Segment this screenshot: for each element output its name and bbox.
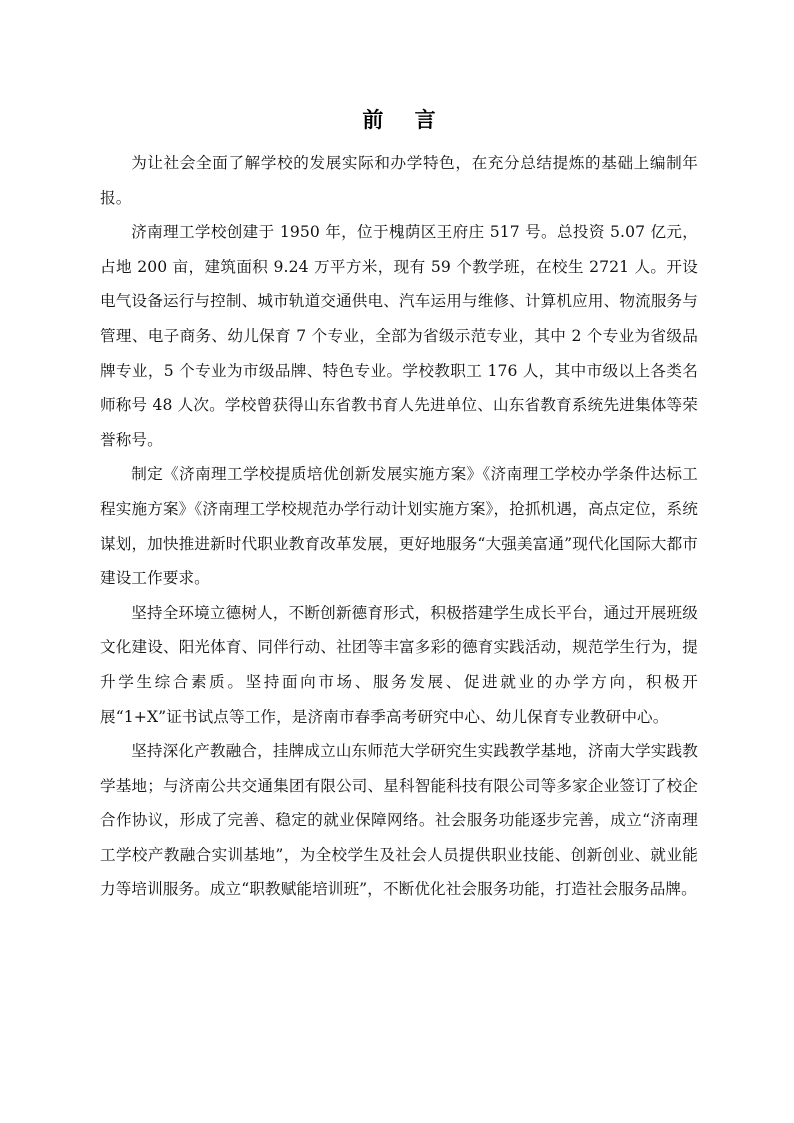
page-title: 前 言 — [112, 104, 698, 136]
paragraph-intro: 为让社会全面了解学校的发展实际和办学特色，在充分总结提炼的基础上编制年报。 — [100, 146, 698, 215]
paragraph-moral-education: 坚持全环境立德树人，不断创新德育形式，积极搭建学生成长平台，通过开展班级文化建设… — [100, 596, 698, 734]
document-page: 前 言 为让社会全面了解学校的发展实际和办学特色，在充分总结提炼的基础上编制年报… — [100, 104, 698, 907]
paragraph-development-plans: 制定《济南理工学校提质培优创新发展实施方案》《济南理工学校办学条件达标工程实施方… — [100, 457, 698, 595]
paragraph-school-overview: 济南理工学校创建于 1950 年，位于槐荫区王府庄 517 号。总投资 5.07… — [100, 215, 698, 457]
paragraph-industry-education: 坚持深化产教融合，挂牌成立山东师范大学研究生实践教学基地，济南大学实践教学基地；… — [100, 734, 698, 907]
